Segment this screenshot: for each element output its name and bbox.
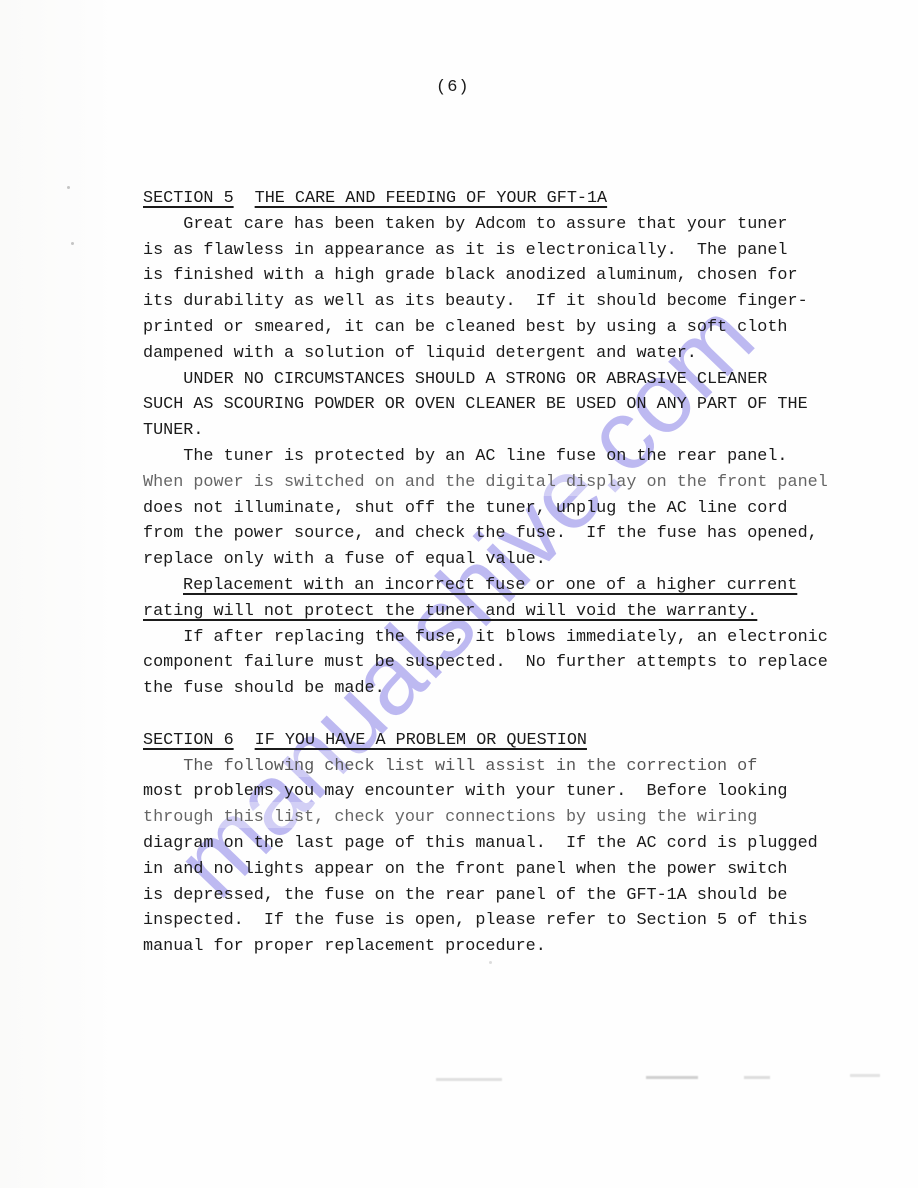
manual-scan-page: manualshive.com (6) SECTION 5THE CARE AN… xyxy=(0,0,918,1188)
scan-smudge xyxy=(646,1076,698,1079)
scan-smudge xyxy=(744,1076,770,1079)
scan-smudge xyxy=(436,1078,502,1081)
warranty-line-1: Replacement with an incorrect fuse or on… xyxy=(143,573,873,599)
scan-smudge xyxy=(850,1074,880,1077)
section-6-label: SECTION 6 xyxy=(143,731,234,750)
paragraph-cleaner-warning: UNDER NO CIRCUMSTANCES SHOULD A STRONG O… xyxy=(143,367,873,444)
section-5-title: THE CARE AND FEEDING OF YOUR GFT-1A xyxy=(255,189,607,208)
paragraph-care: Great care has been taken by Adcom to as… xyxy=(143,212,873,367)
section-6-title: IF YOU HAVE A PROBLEM OR QUESTION xyxy=(255,731,587,750)
paragraph-component-failure: If after replacing the fuse, it blows im… xyxy=(143,625,873,702)
paragraph-checklist: The following check list will assist in … xyxy=(143,754,873,960)
paragraph-warranty: Replacement with an incorrect fuse or on… xyxy=(143,573,873,625)
paragraph-fuse: The tuner is protected by an AC line fus… xyxy=(143,444,873,573)
scan-speck xyxy=(71,242,74,245)
section-6-heading: SECTION 6IF YOU HAVE A PROBLEM OR QUESTI… xyxy=(143,728,873,754)
section-5-heading: SECTION 5THE CARE AND FEEDING OF YOUR GF… xyxy=(143,186,873,212)
scan-speck xyxy=(67,186,70,189)
page-content: SECTION 5THE CARE AND FEEDING OF YOUR GF… xyxy=(143,186,873,960)
scan-speck xyxy=(489,961,492,964)
warranty-line-2: rating will not protect the tuner and wi… xyxy=(143,599,873,625)
section-5-label: SECTION 5 xyxy=(143,189,234,208)
page-number: (6) xyxy=(436,78,470,97)
